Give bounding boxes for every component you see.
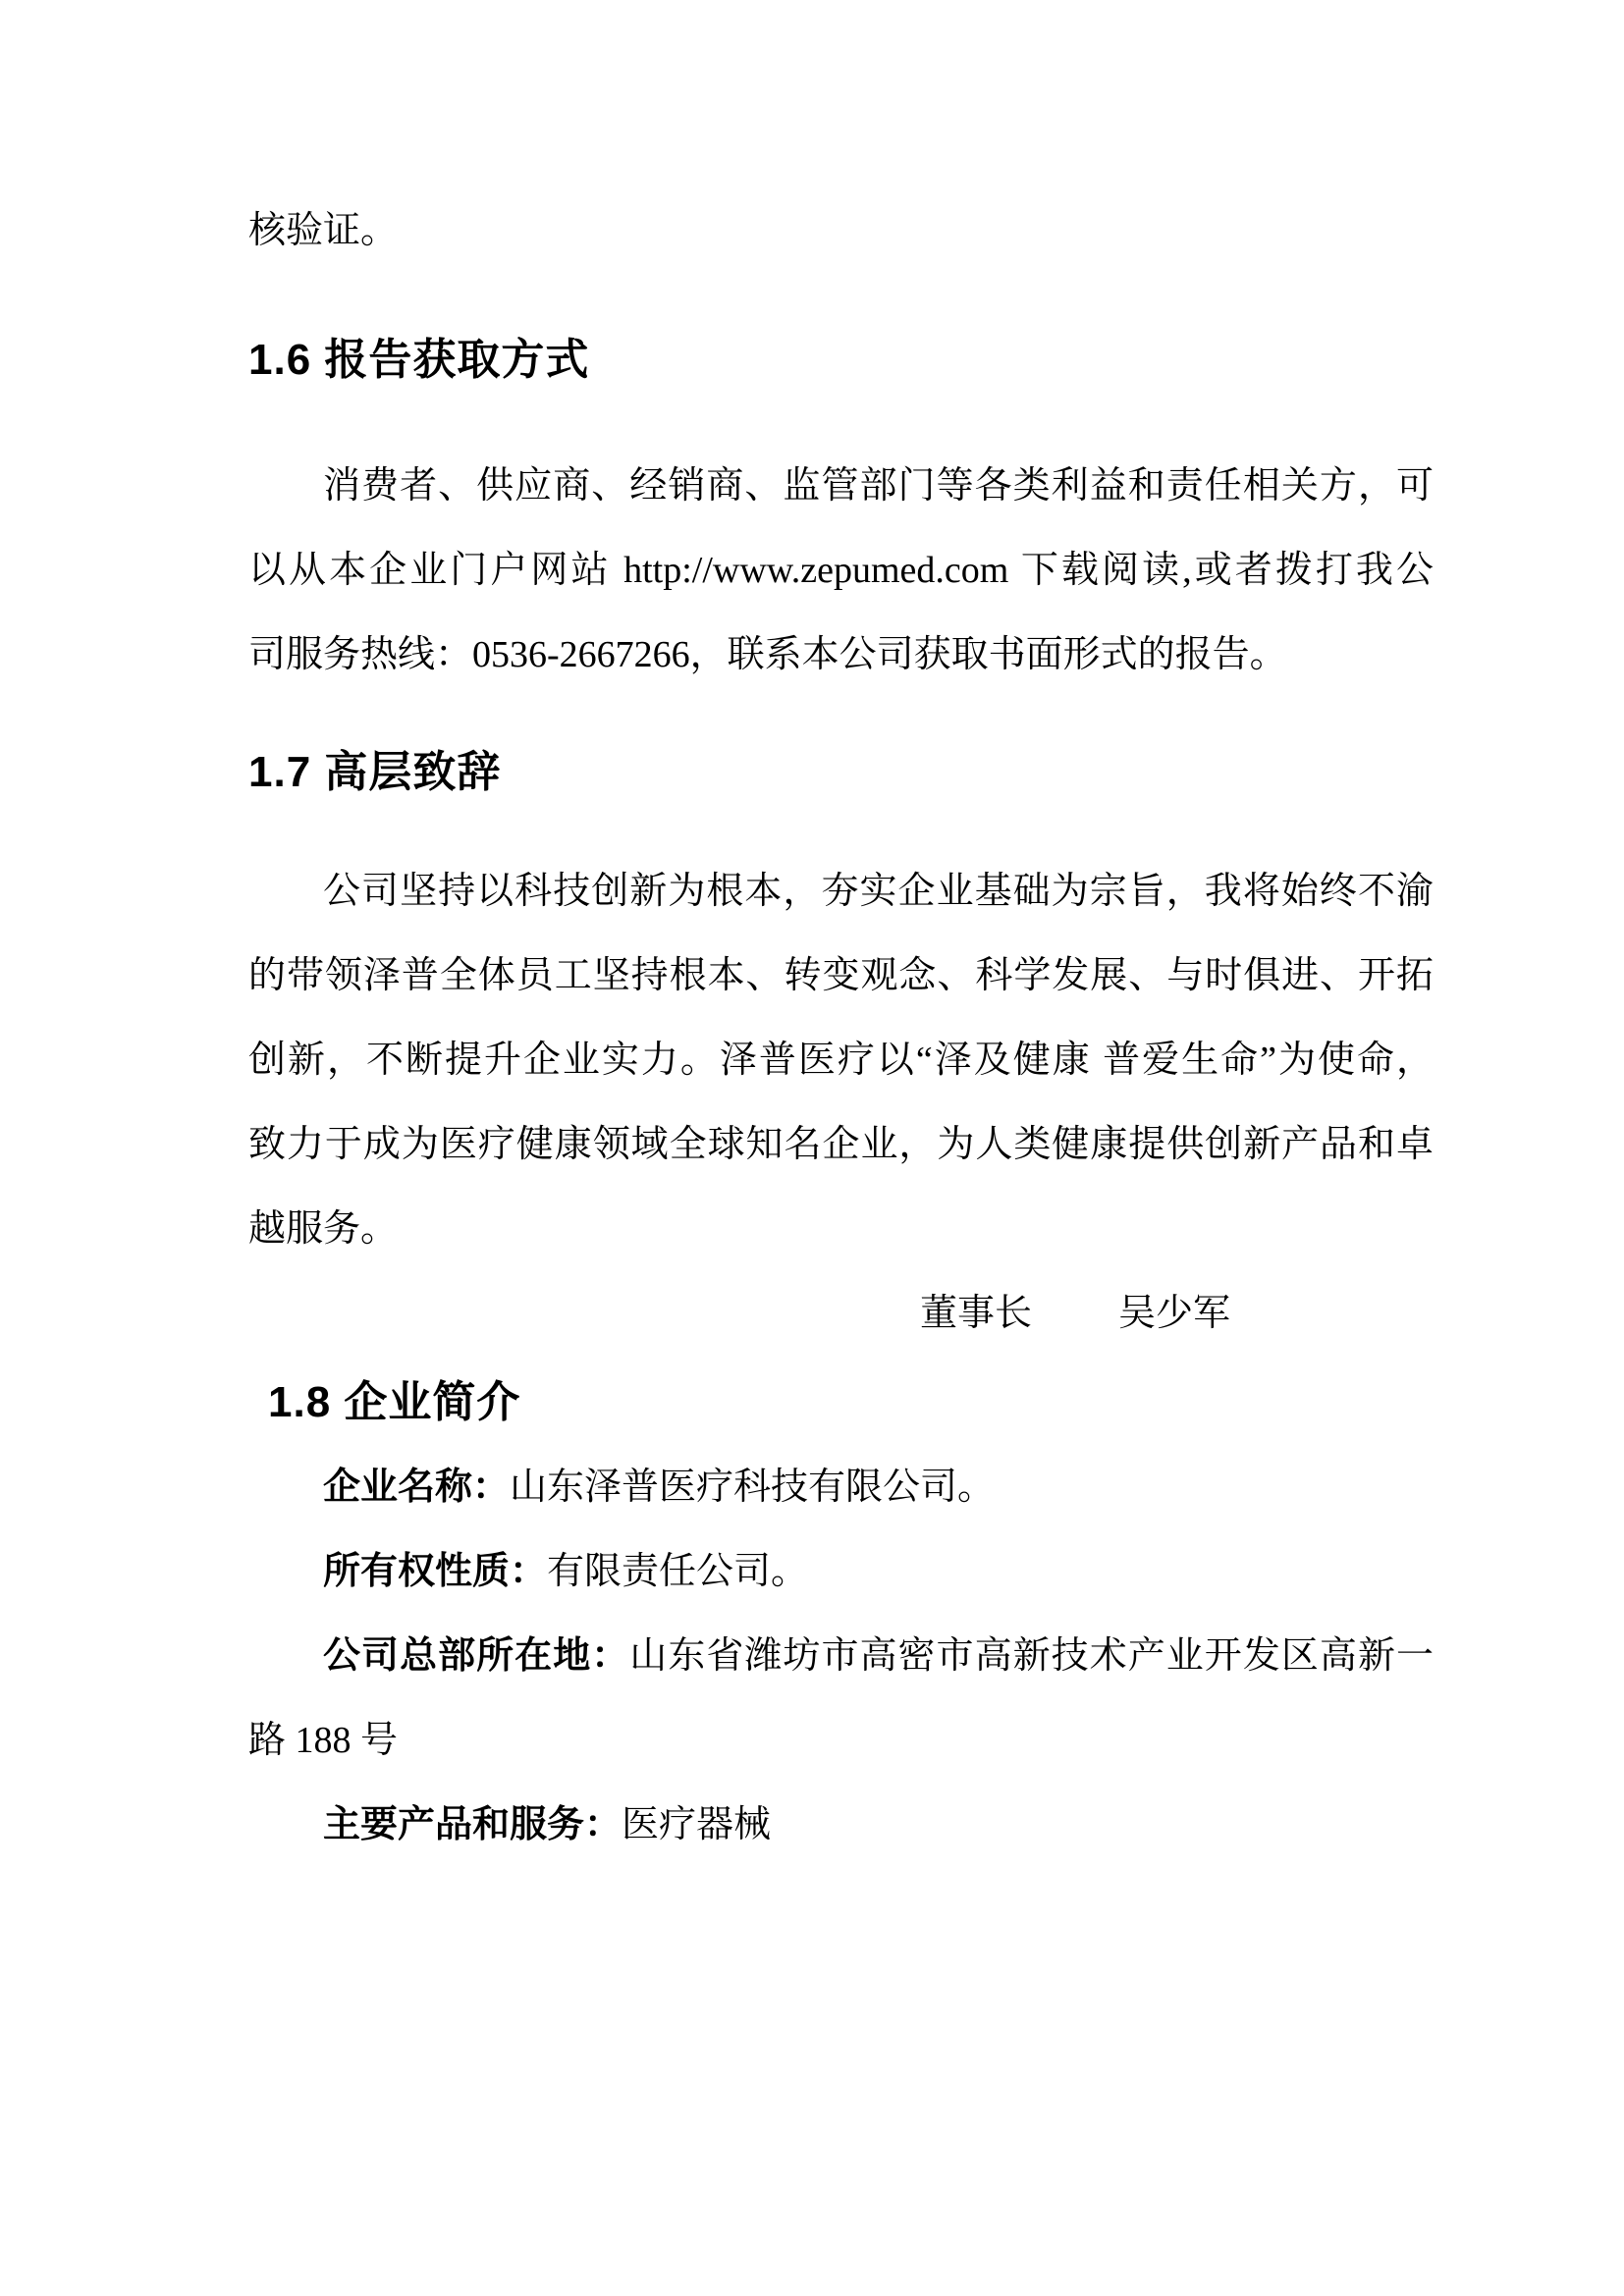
signature-title: 董事长 (920, 1271, 1032, 1356)
info-value: 山东省潍坊市高密市高新技术产业开发区高新一 (629, 1635, 1434, 1677)
document-page: 核验证。 1.6 报告获取方式 消费者、供应商、经销商、监管部门等各类利益和责任… (0, 0, 1624, 2296)
paragraph-1-7: 公司坚持以科技创新为根本，夯实企业基础为宗旨，我将始终不渝 的带领泽普全体员工坚… (248, 849, 1434, 1356)
info-value: 医疗器械 (622, 1804, 771, 1845)
info-line-ownership: 所有权性质：有限责任公司。 (248, 1529, 1434, 1614)
info-line-headquarters-continuation: 路 188 号 (248, 1698, 1434, 1783)
paragraph-line: 致力于成为医疗健康领域全球知名企业，为人类健康提供创新产品和卓 (248, 1102, 1434, 1187)
info-label: 企业名称： (323, 1467, 510, 1508)
info-line-company-name: 企业名称：山东泽普医疗科技有限公司。 (248, 1445, 1434, 1529)
intro-line: 核验证。 (248, 188, 1434, 273)
paragraph-line: 公司坚持以科技创新为根本，夯实企业基础为宗旨，我将始终不渝 (248, 849, 1434, 934)
paragraph-line: 司服务热线：0536-2667266，联系本公司获取书面形式的报告。 (248, 613, 1434, 697)
paragraph-line: 消费者、供应商、经销商、监管部门等各类利益和责任相关方，可 (248, 444, 1434, 528)
paragraph-line: 越服务。 (248, 1187, 1434, 1271)
info-label: 所有权性质： (323, 1551, 547, 1592)
info-value: 山东泽普医疗科技有限公司。 (510, 1467, 995, 1508)
info-value: 有限责任公司。 (547, 1551, 808, 1592)
section-heading-1-8: 1.8 企业简介 (268, 1373, 1434, 1432)
section-heading-1-7: 1.7 高层致辞 (248, 743, 1434, 802)
signature-name: 吴少军 (1118, 1271, 1230, 1356)
paragraph-line: 以从本企业门户网站 http://www.zepumed.com 下载阅读,或者… (248, 528, 1434, 613)
info-label: 主要产品和服务： (323, 1804, 622, 1845)
info-line-products: 主要产品和服务：医疗器械 (248, 1783, 1434, 1867)
paragraph-line: 创新，不断提升企业实力。泽普医疗以“泽及健康 普爱生命”为使命， (248, 1018, 1434, 1102)
paragraph-1-6: 消费者、供应商、经销商、监管部门等各类利益和责任相关方，可 以从本企业门户网站 … (248, 444, 1434, 697)
info-line-headquarters: 公司总部所在地：山东省潍坊市高密市高新技术产业开发区高新一 (248, 1614, 1434, 1698)
company-profile-list: 企业名称：山东泽普医疗科技有限公司。 所有权性质：有限责任公司。 公司总部所在地… (248, 1445, 1434, 1867)
signature-line: 董事长 吴少军 (248, 1271, 1434, 1356)
info-label: 公司总部所在地： (323, 1635, 629, 1677)
section-heading-1-6: 1.6 报告获取方式 (248, 331, 1434, 390)
paragraph-line: 的带领泽普全体员工坚持根本、转变观念、科学发展、与时俱进、开拓 (248, 934, 1434, 1018)
